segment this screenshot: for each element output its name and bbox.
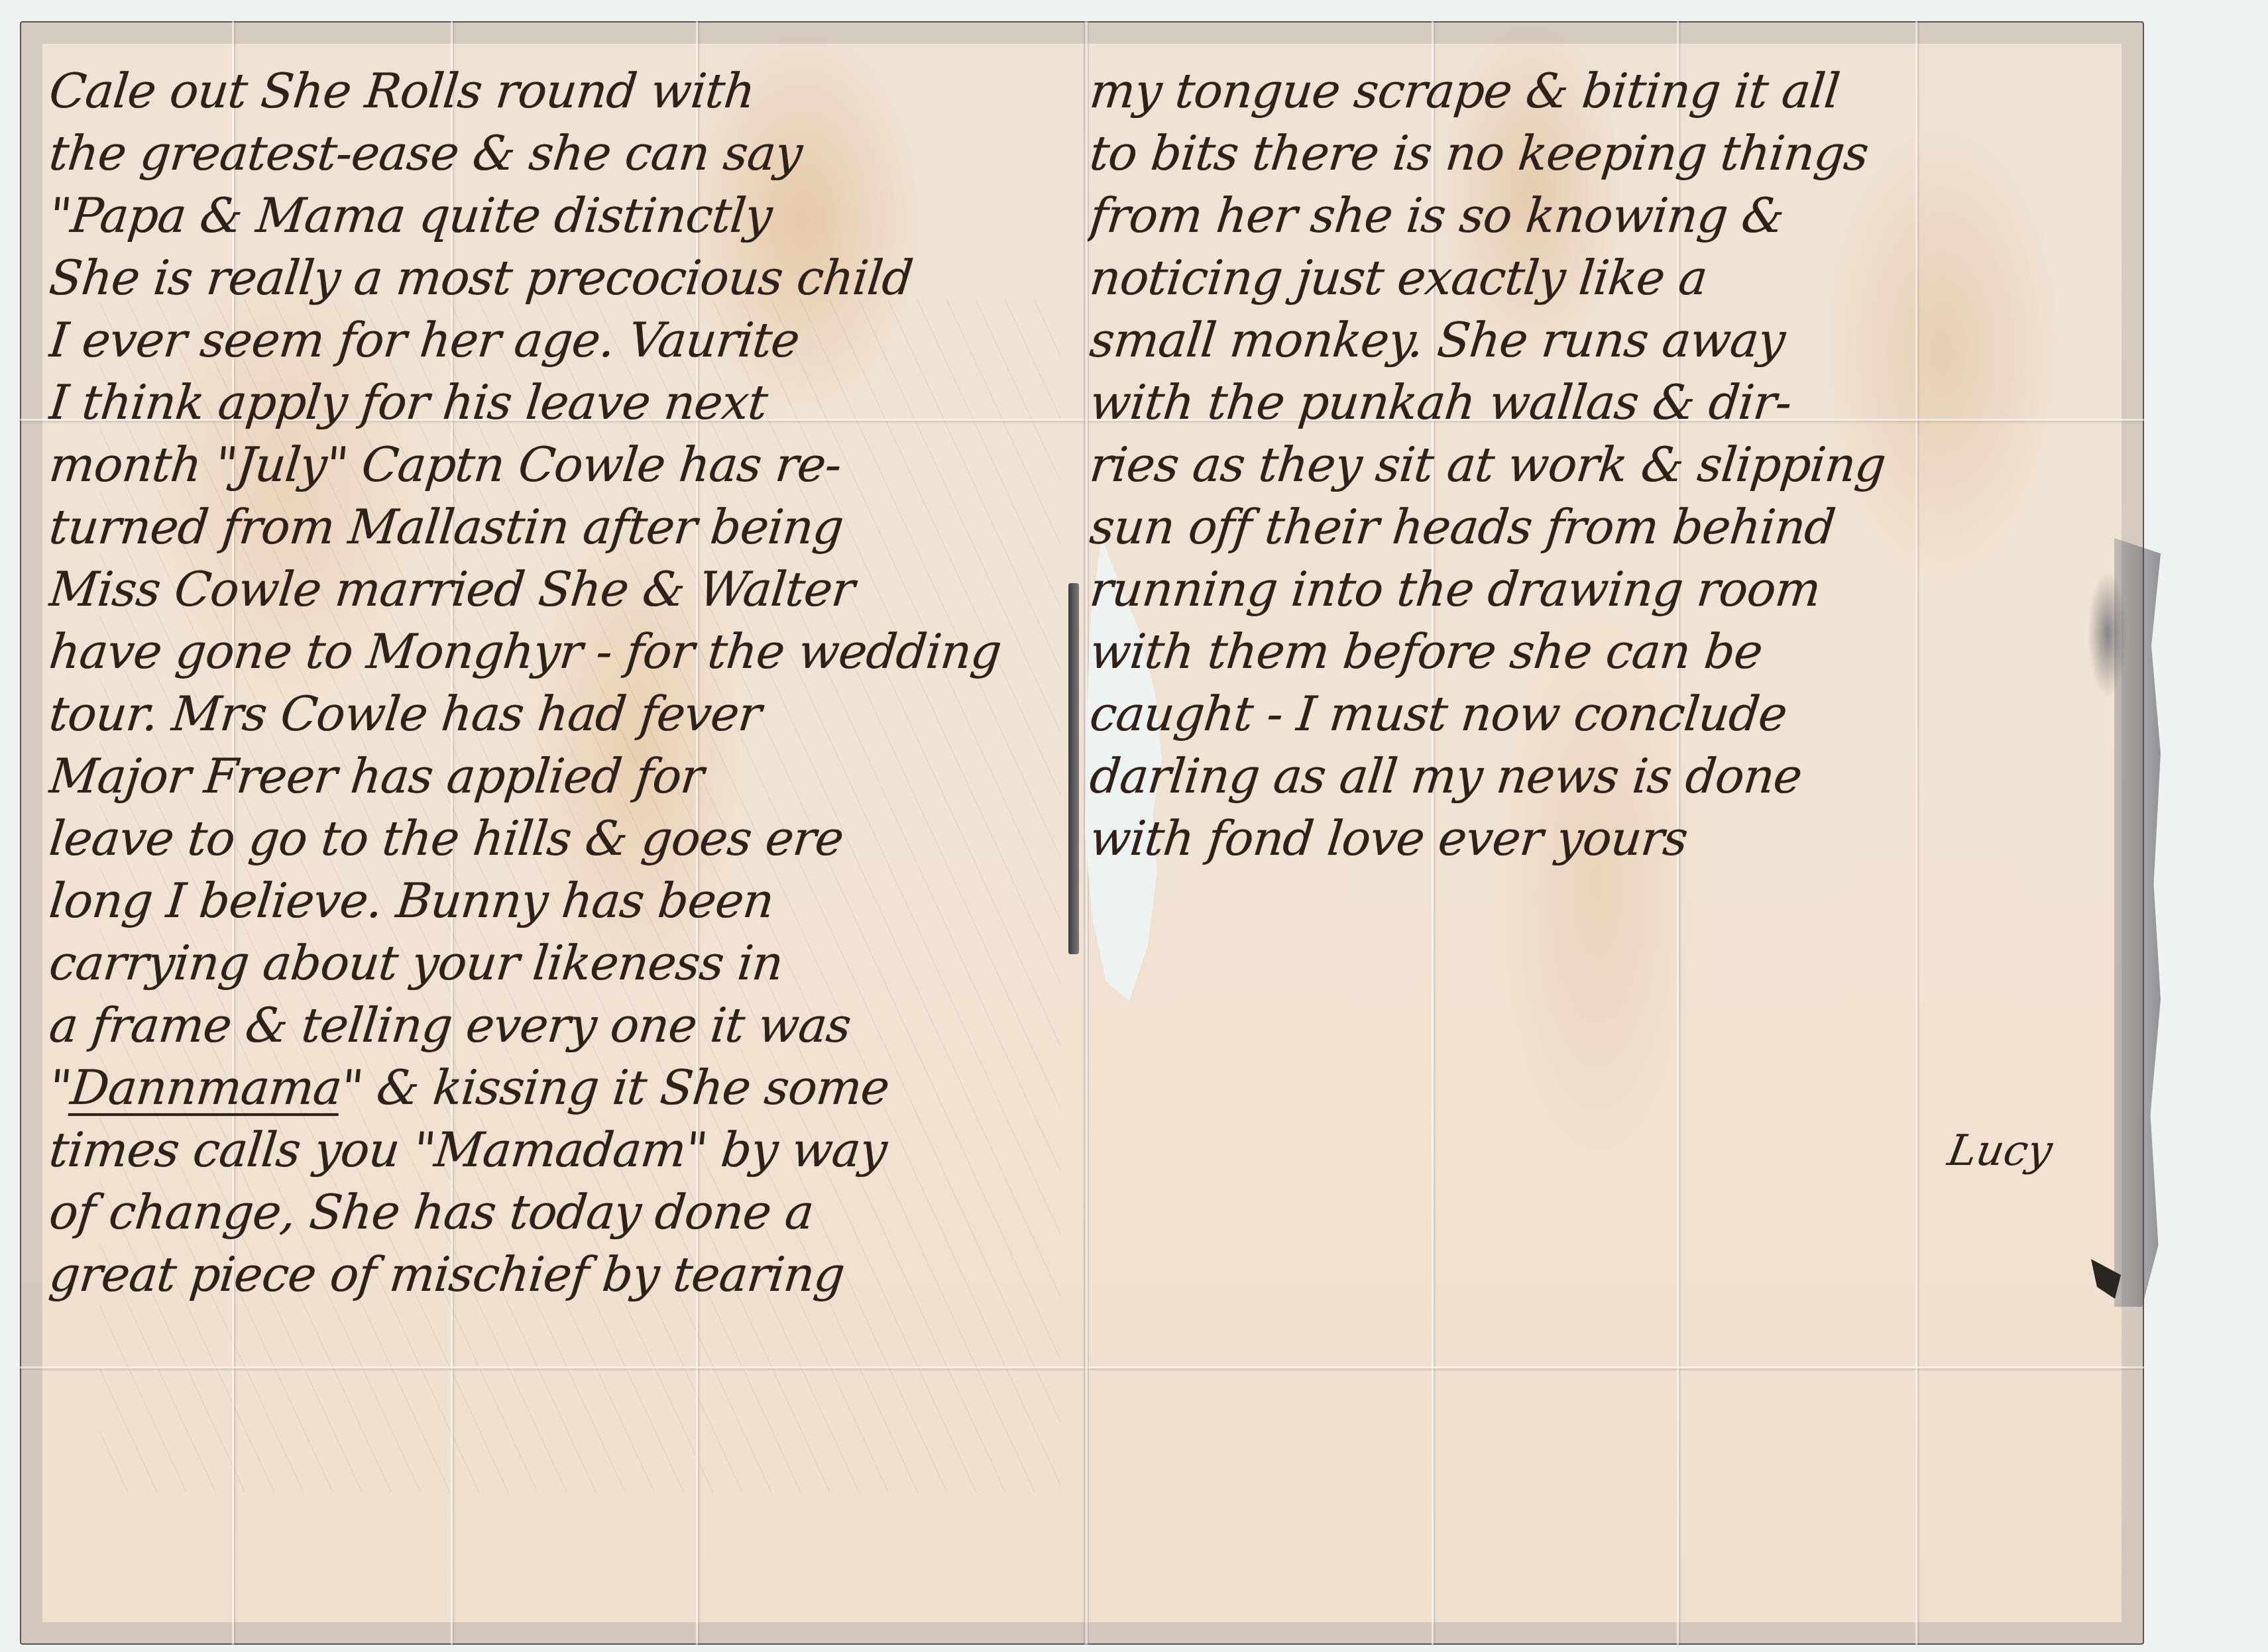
letter-line: the greatest-ease & she can say — [46, 122, 1067, 184]
letter-line: to bits there is no keeping things — [1087, 122, 2127, 184]
letter-line: great piece of mischief by tearing — [46, 1243, 1067, 1305]
letter-line: Major Freer has applied for — [46, 745, 1067, 807]
underlined-word: Dannmama — [68, 1060, 345, 1115]
letter-line: ries as they sit at work & slipping — [1087, 433, 2127, 496]
left-column-text: Cale out She Rolls round with the greate… — [50, 40, 1064, 1305]
letter-line: caught - I must now conclude — [1087, 683, 2127, 745]
letter-line: with them before she can be — [1087, 620, 2127, 683]
letter-line: noticing just exactly like a — [1087, 247, 2127, 309]
letter-line: I think apply for his leave next — [46, 371, 1067, 433]
letter-line: sun off their heads from behind — [1087, 496, 2127, 558]
letter-line: "Papa & Mama quite distinctly — [46, 184, 1067, 247]
letter-line: long I believe. Bunny has been — [46, 869, 1067, 932]
fold-line — [20, 1366, 2144, 1368]
letter-line: small monkey. She runs away — [1087, 309, 2127, 371]
letter-line: from her she is so knowing & — [1087, 184, 2127, 247]
letter-line-underlined: "Dannmama" & kissing it She some — [46, 1056, 1067, 1119]
letter-line: have gone to Monghyr - for the wedding — [46, 620, 1067, 683]
letter-line: my tongue scrape & biting it all — [1087, 60, 2127, 122]
letter-line: times calls you "Mamadam" by way — [46, 1119, 1067, 1181]
signature: Lucy — [1944, 1127, 2056, 1176]
letter-line: I ever seem for her age. Vaurite — [46, 309, 1067, 371]
letter-line: leave to go to the hills & goes ere — [46, 807, 1067, 869]
letter-line: She is really a most precocious child — [46, 247, 1067, 309]
right-column-text: my tongue scrape & biting it all to bits… — [1090, 40, 2124, 869]
letter-line: of change, She has today done a — [46, 1181, 1067, 1243]
letter-line: running into the drawing room — [1087, 558, 2127, 620]
letter-line: month "July" Captn Cowle has re- — [46, 433, 1067, 496]
letter-line: a frame & telling every one it was — [46, 994, 1067, 1056]
letter-line: carrying about your likeness in — [46, 932, 1067, 994]
letter-line: with fond love ever yours — [1087, 807, 2127, 869]
letter-line: turned from Mallastin after being — [46, 496, 1067, 558]
letter-line: Miss Cowle married She & Walter — [46, 558, 1067, 620]
letter-line: darling as all my news is done — [1087, 745, 2127, 807]
letter-line: with the punkah wallas & dir- — [1087, 371, 2127, 433]
tear-shadow — [1068, 583, 1079, 954]
letter-line: tour. Mrs Cowle has had fever — [46, 683, 1067, 745]
letter-line: Cale out She Rolls round with — [46, 60, 1067, 122]
